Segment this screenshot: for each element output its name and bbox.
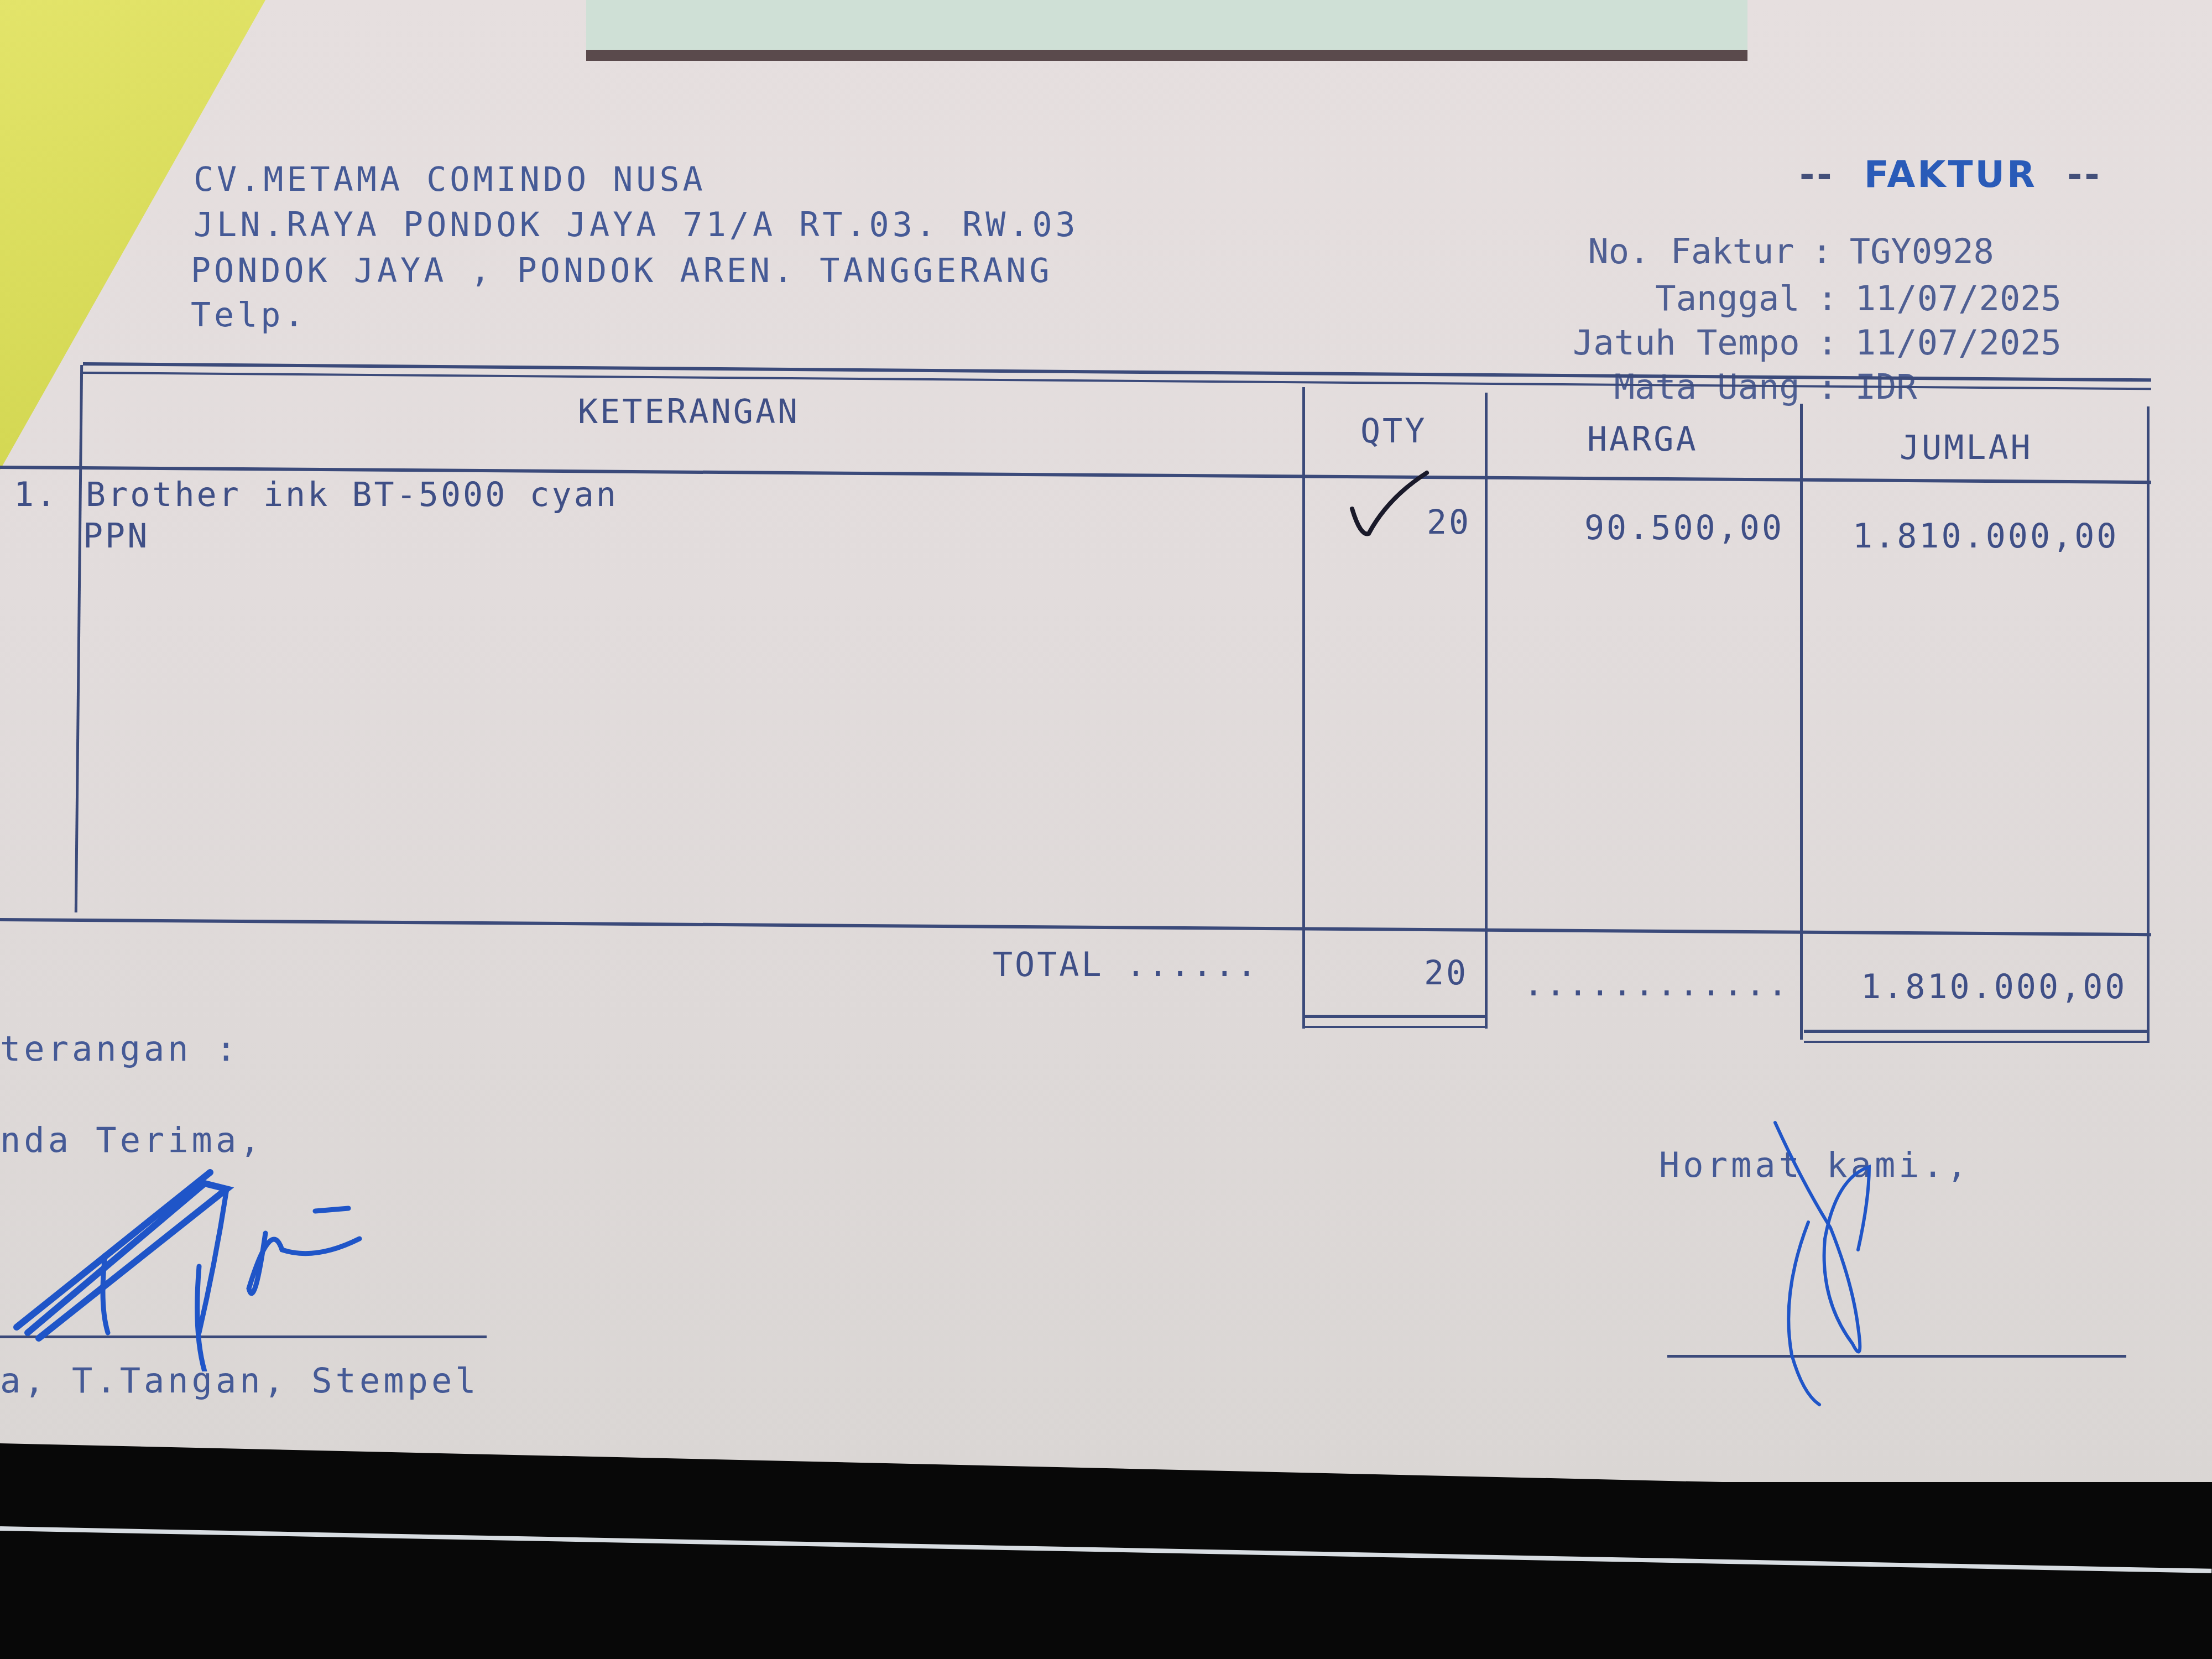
row-price: 90.500,00	[1584, 509, 1784, 547]
col-divider-qty-right	[1485, 393, 1488, 1029]
amount-total-underline	[1804, 1030, 2150, 1033]
title-text: FAKTUR	[1864, 153, 2037, 196]
header-qty: QTY	[1360, 412, 1427, 451]
sender-signature-line	[1667, 1355, 2126, 1358]
meta-mata-uang: Mata Uang:IDR	[1499, 326, 1917, 407]
green-paper-strip	[586, 0, 1747, 61]
title-dash-left: --	[1799, 153, 1834, 196]
row-amount: 1.810.000,00	[1853, 517, 2119, 556]
total-amount: 1.810.000,00	[1861, 968, 2127, 1006]
row-description: Brother ink BT-5000 cyan	[86, 476, 618, 514]
col-divider-qty-left	[1302, 387, 1305, 1029]
document-title: -- FAKTUR --	[1770, 111, 2102, 196]
header-harga: HARGA	[1587, 420, 1698, 459]
company-address-line1: JLN.RAYA PONDOK JAYA 71/A RT.03. RW.03	[194, 206, 1079, 244]
monitor-edge-highlight	[0, 1526, 2211, 1573]
col-divider-harga-right	[1800, 404, 1803, 1040]
row-qty: 20	[1427, 503, 1471, 542]
title-dash-right: --	[2067, 153, 2102, 196]
header-keterangan: KETERANGAN	[578, 393, 800, 431]
total-dots: ............	[1524, 965, 1790, 1004]
notes-label: terangan :	[0, 1029, 239, 1069]
row-number: 1.	[14, 476, 58, 514]
sender-signature-icon	[1759, 1117, 1897, 1449]
company-phone-label: Telp.	[191, 296, 307, 335]
amount-total-underline-2	[1804, 1041, 2150, 1043]
company-address-line2: PONDOK JAYA , PONDOK AREN. TANGGERANG	[191, 252, 1053, 290]
receiver-signature-icon	[6, 1150, 393, 1371]
company-name: CV.METAMA COMINDO NUSA	[194, 160, 706, 199]
row-description-line2: PPN	[83, 517, 149, 556]
qty-total-underline-2	[1302, 1026, 1488, 1028]
col-divider-jumlah-right	[2147, 406, 2150, 1042]
total-qty: 20	[1424, 954, 1468, 993]
header-jumlah: JUMLAH	[1900, 429, 2033, 467]
checkmark-icon	[1349, 470, 1432, 542]
qty-total-underline	[1302, 1015, 1488, 1018]
total-label: TOTAL ......	[993, 946, 1259, 984]
